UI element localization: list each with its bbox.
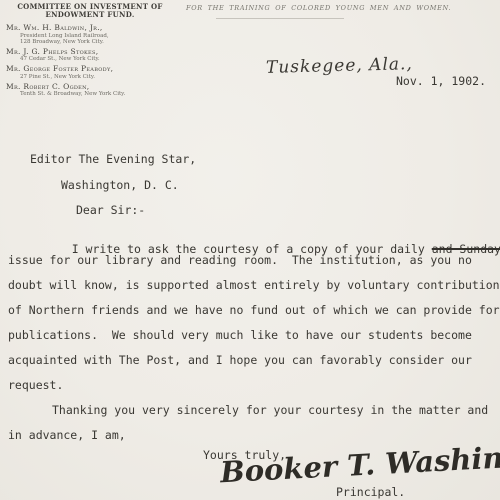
member-name: Mr. J. G. Phelps Stokes, xyxy=(6,48,174,57)
body-line: request. xyxy=(8,378,63,392)
letterhead-tagline: FOR THE TRAINING OF COLORED YOUNG MEN AN… xyxy=(186,4,486,12)
list-item: Mr. George Foster Peabody, 27 Pine St., … xyxy=(6,65,174,80)
letter-document: COMMITTEE ON INVESTMENT OF ENDOWMENT FUN… xyxy=(0,0,500,500)
body-line: in advance, I am, xyxy=(8,428,126,442)
member-address: 27 Pine St., New York City. xyxy=(20,74,174,80)
list-item: Mr. J. G. Phelps Stokes, 47 Cedar St., N… xyxy=(6,48,174,63)
list-item: Mr. Robert C. Ogden, Tenth St. & Broadwa… xyxy=(6,83,174,98)
dateline-date: Nov. 1, 1902. xyxy=(396,74,486,88)
body-line: acquainted with The Post, and I hope you… xyxy=(8,353,472,367)
body-line: Thanking you very sincerely for your cou… xyxy=(52,403,488,417)
list-item: Mr. Wm. H. Baldwin, Jr., President Long … xyxy=(6,24,174,45)
member-address: Tenth St. & Broadway, New York City. xyxy=(20,91,174,97)
letterhead-rule xyxy=(216,18,344,19)
body-line: issue for our library and reading room. … xyxy=(8,253,472,267)
dateline-place: Tuskegee, Ala., xyxy=(266,54,413,78)
letterhead-committee-block: COMMITTEE ON INVESTMENT OF ENDOWMENT FUN… xyxy=(6,3,174,97)
body-line: of Northern friends and we have no fund … xyxy=(8,303,500,317)
member-name: Mr. Wm. H. Baldwin, Jr., xyxy=(6,24,174,33)
member-name: Mr. Robert C. Ogden, xyxy=(6,83,174,92)
member-address: 128 Broadway, New York City. xyxy=(20,39,174,45)
signature-script: Booker T. Washington xyxy=(219,437,500,490)
recipient-line2: Washington, D. C. xyxy=(61,178,179,192)
signature-title: Principal. xyxy=(336,485,405,499)
member-address: 47 Cedar St., New York City. xyxy=(20,56,174,62)
body-line: publications. We should very much like t… xyxy=(8,328,472,342)
body-line: doubt will know, is supported almost ent… xyxy=(8,278,500,292)
recipient-line1: Editor The Evening Star, xyxy=(30,152,196,166)
committee-members-list: Mr. Wm. H. Baldwin, Jr., President Long … xyxy=(6,24,174,97)
salutation: Dear Sir:- xyxy=(76,203,145,217)
member-name: Mr. George Foster Peabody, xyxy=(6,65,174,74)
committee-title-line2: ENDOWMENT FUND. xyxy=(6,11,174,19)
